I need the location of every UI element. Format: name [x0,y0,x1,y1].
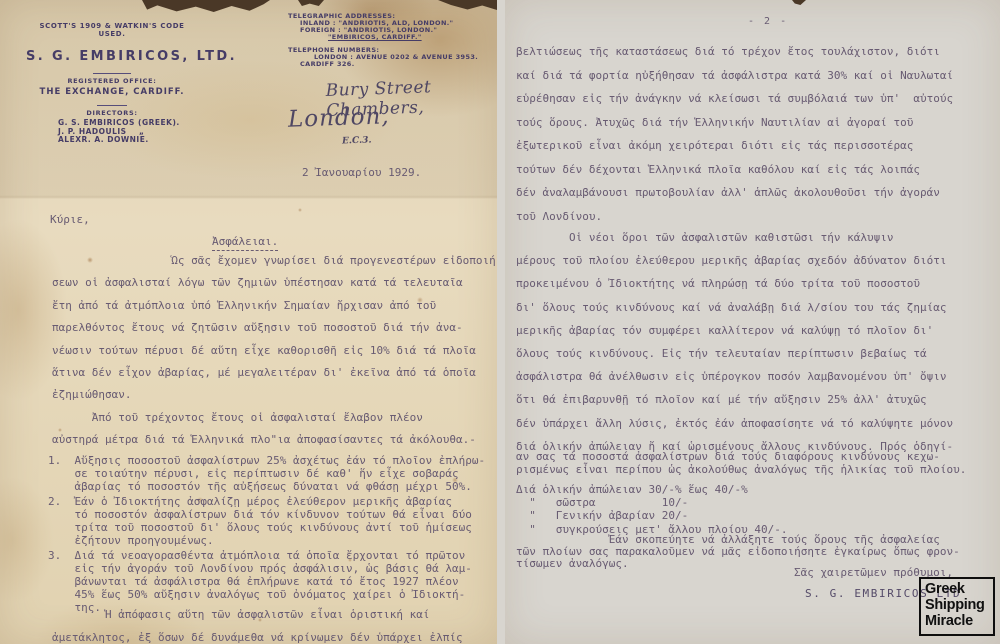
text-line: δι' ὅλους τούς κινδύνους καί νά ἀναλάβῃ … [516,296,953,319]
text-line: τρίτα τοῦ ποσοστοῦ δι' ὅλους τούς κινδύν… [48,521,472,534]
text-line: ἐξωτερικοῦ εἶναι ἀκόμη χειρότεραι διότι … [516,134,953,158]
watermark-line: Greek [925,581,993,597]
text-line: ἅτινα δέν εἶχον ἀβαρίας, μέ μεγαλειτέραν… [52,362,497,384]
text-line: ALEXR. A. DOWNIE. [58,136,198,145]
text-line: βάνωνται τά ἀσφάλιστρα θά ἐπλήρωνε κατά … [48,575,472,588]
text-line: σε τοιαύτην πέρυσι, εἰς περίπτωσιν δέ κα… [48,467,485,480]
text-line: αν σας τά ποσοστά ἀσφαλίστρων διά τούς δ… [516,450,966,463]
watermark-line: Miracle [925,613,993,629]
text-line: 45% ἕως 50% αὔξησιν ἀναλόγως τοῦ ὀνόματο… [48,588,472,601]
letter-date: 2 Ἰανουαρίου 1929. [302,166,421,179]
telegraphic-cardiff: "EMBIRICOS, CARDIFF." [288,34,458,41]
paragraph: Ἡ ἀπόφασις αὕτη τῶν ἀσφαλιστῶν εἶναι ὁρι… [52,603,463,644]
numbered-item-1: 1. Αὔξησις ποσοστοῦ ἀσφαλίστρων 25% ἀσχέ… [48,454,485,493]
text-line: μέρους τοῦ πλοίου ἐλεύθερου μερικῆς ἀβαρ… [516,249,953,272]
text-line: δέν ὑπάρχει ἄλλη λύσις, ἐκτός ἐάν ἀποφασ… [516,412,953,435]
company-name: S. G. EMBIRICOS, LTD. [26,49,198,64]
text-line: τῶν πλοίων σας παρακαλοῦμεν νά μᾶς εἰδοπ… [516,546,960,558]
text-line: ὅτι θά ἐπιβαρυνθῇ τό πλοῖον καί μέ τήν α… [516,388,953,411]
letter-page-1: SCOTT'S 1909 & WATKIN'S CODE USED. S. G.… [0,0,497,644]
text-line: ρισμένως εἶναι περίπου ὡς ἀκολούθως ἀναλ… [516,463,966,476]
directors-list: G. S. EMBIRICOS (GREEK).J. P. HADOULIS „… [26,119,198,145]
text-line: " Γενικήν ἀβαρίαν 20/- [516,509,788,522]
text-line: ἀμετάκλητος, ἐξ ὅσων δέ δυνάμεθα νά κρίν… [52,626,463,644]
text-line: ἀβαρίας τό ποσοστόν τῆς αὐξήσεως δύναται… [48,480,485,493]
text-line: παρελθόντος ἔτους νά ζητῶσιν αὔξησιν τοῦ… [52,317,497,339]
text-line: " σῶστρα 10/- [516,496,788,509]
text-line: προκειμένου ὁ Ἰδιοκτήτης νά πληρώσῃ τά δ… [516,272,953,295]
paragraph: Ἀπό τοῦ τρέχοντος ἔτους οἱ ἀσφαλισταί ἔλ… [52,407,476,452]
paragraph: βελτιώσεως τῆς καταστάσεως διά τό τρέχον… [516,40,953,228]
text-line: ἐζήτουν προηγουμένως. [48,534,472,547]
letterhead: SCOTT'S 1909 & WATKIN'S CODE USED. S. G.… [26,22,198,145]
watermark-line: Shipping [925,597,993,613]
handwritten-address-line3: E.C.3. [342,135,372,146]
letterhead-contacts: TELEGRAPHIC ADDRESSES: INLAND : "ANDRIOT… [288,13,458,68]
paragraph: Ἐάν σκοπεύητε νά ἀλλάξητε τούς ὅρους τῆς… [516,534,960,569]
text-line: μερικῆς ἀβαρίας τόν συμφέρει καλλίτερον … [516,319,953,342]
greek-shipping-miracle-watermark: Greek Shipping Miracle [919,577,995,636]
text-line: ἐζημιώθησαν. [52,384,497,406]
text-line: τό ποσοστόν ἀσφαλίστρων διά τόν κίνδυνον… [48,508,472,521]
paragraph: Οἱ νέοι ὅροι τῶν ἀσφαλιστῶν καθιστῶσι τή… [516,226,953,458]
directors-label: DIRECTORS: [26,109,198,117]
text-line: ἀσφάλιστρα θά ἀνέλθωσιν εἰς ὑπέρογκον πο… [516,365,953,388]
torn-edge [298,0,324,6]
registered-office-label: REGISTERED OFFICE: [26,77,198,85]
paragraph: Ὡς σᾶς ἔχομεν γνωρίσει διά προγενεστέρων… [52,250,497,407]
text-line: τοῦ Λονδίνου. [516,205,953,229]
letter-scan: SCOTT'S 1909 & WATKIN'S CODE USED. S. G.… [0,0,1000,644]
numbered-item-2: 2. Ἐάν ὁ Ἰδιοκτήτης ἀσφαλίζῃ μέρος ἐλεύθ… [48,495,472,547]
letter-page-2: - 2 - βελτιώσεως τῆς καταστάσεως διά τό … [505,0,1000,644]
code-line: SCOTT'S 1909 & WATKIN'S CODE USED. [26,22,198,38]
subject-line: Ἀσφάλειαι. [212,235,278,251]
text-line: Οἱ νέοι ὅροι τῶν ἀσφαλιστῶν καθιστῶσι τή… [516,226,953,249]
salutation: Κύριε, [50,213,90,226]
divider [97,105,127,106]
telephone-cardiff: CARDIFF 326. [288,61,458,68]
page-number: - 2 - [748,16,788,27]
registered-office: THE EXCHANGE, CARDIFF. [26,87,198,97]
handwritten-address-line2: London, [288,103,390,133]
text-line: εἰς τήν ἀγοράν τοῦ Λονδίνου πρός ἀσφάλισ… [48,562,472,575]
text-line: βελτιώσεως τῆς καταστάσεως διά τό τρέχον… [516,40,953,64]
text-line: Ἀπό τοῦ τρέχοντος ἔτους οἱ ἀσφαλισταί ἔλ… [52,407,476,429]
torn-edge [142,0,270,12]
text-line: 2. Ἐάν ὁ Ἰδιοκτήτης ἀσφαλίζῃ μέρος ἐλεύθ… [48,495,472,508]
insurance-rates-list: Διά ὁλικήν ἀπώλειαν 30/-% ἕως 40/-% " σῶ… [516,483,788,536]
text-line: τούς ὅρους. Ἀτυχῶς διά τήν Ἑλληνικήν Ναυ… [516,111,953,135]
text-line: 1. Αὔξησις ποσοστοῦ ἀσφαλίστρων 25% ἀσχέ… [48,454,485,467]
text-line: αὐστηρά μέτρα διά τά Ἑλληνικά πλο"ια ἀπο… [52,429,476,451]
text-line: νέωσιν τούτων πέρυσι δέ αὕτη εἶχε καθορι… [52,340,497,362]
torn-edge [438,0,497,10]
text-line: ἔτη ἀπό τά ἀτμόπλοια ὑπό Ἑλληνικήν Σημαί… [52,295,497,317]
text-line: τούτων δέν δέχονται Ἑλληνικά πλοῖα καθόλ… [516,158,953,182]
text-line: 3. Διά τά νεοαγορασθέντα ἀτμόπλοια τά ὁπ… [48,549,472,562]
text-line: σεων οἱ ἀσφαλισταί λόγω τῶν ζημιῶν ὑπέστ… [52,272,497,294]
text-line: δέν ἀναλαμβάνουσι πρωτοβουλίαν ἀλλ' ἁπλῶ… [516,181,953,205]
torn-edge [792,0,806,5]
text-line: ὅλους τούς κινδύνους. Εἰς τήν τελευταίαν… [516,342,953,365]
paragraph: αν σας τά ποσοστά ἀσφαλίστρων διά τούς δ… [516,450,966,476]
text-line: Διά ὁλικήν ἀπώλειαν 30/-% ἕως 40/-% [516,483,788,496]
text-line: Ὡς σᾶς ἔχομεν γνωρίσει διά προγενεστέρων… [52,250,497,272]
text-line: καί διά τά φορτία ηὐξήθησαν τά ἀσφάλιστρ… [516,64,953,88]
text-line: εὑρέθησαν εἰς τήν ἀνάγκην νά κλείσωσι τά… [516,87,953,111]
text-line: Ἡ ἀπόφασις αὕτη τῶν ἀσφαλιστῶν εἶναι ὁρι… [52,603,463,626]
divider [93,73,131,74]
